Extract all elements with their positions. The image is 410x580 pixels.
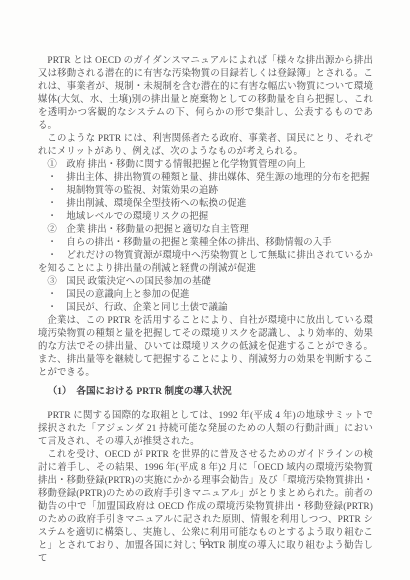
merit-item-company: ② 企業 排出・移動量の把握と適切な自主管理	[38, 224, 373, 237]
page-number: - 62 -	[0, 537, 410, 547]
section-paragraph-2: これを受け、OECD が PRTR を世界的に普及させるためのガイドラインの検討…	[38, 449, 373, 566]
merit-bullet: ・ 地域レベルでの環境リスクの把握	[38, 211, 373, 224]
intro-paragraph-1: PRTR とは OECD のガイダンスマニュアルによれば「様々な排出源から排出又…	[38, 55, 373, 133]
merit-bullet: ・ 排出主体、排出物質の種類と量、排出媒体、発生源の地理的分布を把握	[38, 172, 373, 185]
merit-bullet: ・ どれだけの物質資源が環境中へ汚染物質として無駄に排出されているかを知ることに…	[38, 250, 373, 276]
merit-bullet: ・ 自らの排出・移動量の把握と業種全体の排出、移動情報の入手	[38, 237, 373, 250]
section-paragraph-1: PRTR に関する国際的な取組としては、1992 年(平成 4 年)の地球サミッ…	[38, 410, 373, 449]
document-page: PRTR とは OECD のガイダンスマニュアルによれば「様々な排出源から排出又…	[0, 0, 410, 580]
merit-bullet: ・ 国民の意識向上と参加の促進	[38, 289, 373, 302]
merit-bullet: ・ 排出削減、環境保全型技術への転換の促進	[38, 198, 373, 211]
merit-bullet: ・ 国民が、行政、企業と同じ土俵で議論	[38, 302, 373, 315]
company-benefit-paragraph: 企業は、この PRTR を活用することにより、自社が環境中に放出している環境汚染…	[38, 315, 373, 380]
intro-paragraph-2: このような PRTR には、利害関係者たる政府、事業者、国民にとり、それぞれにメ…	[38, 133, 373, 159]
section-heading: （1） 各国における PRTR 制度の導入状況	[38, 385, 373, 398]
merit-list: ① 政府 排出・移動に関する情報把握と化学物質管理の向上 ・ 排出主体、排出物質…	[38, 159, 373, 315]
merit-bullet: ・ 規制物質等の監視、対策効果の追跡	[38, 185, 373, 198]
merit-item-government: ① 政府 排出・移動に関する情報把握と化学物質管理の向上	[38, 159, 373, 172]
merit-item-citizen: ③ 国民 政策決定への国民参加の基礎	[38, 276, 373, 289]
